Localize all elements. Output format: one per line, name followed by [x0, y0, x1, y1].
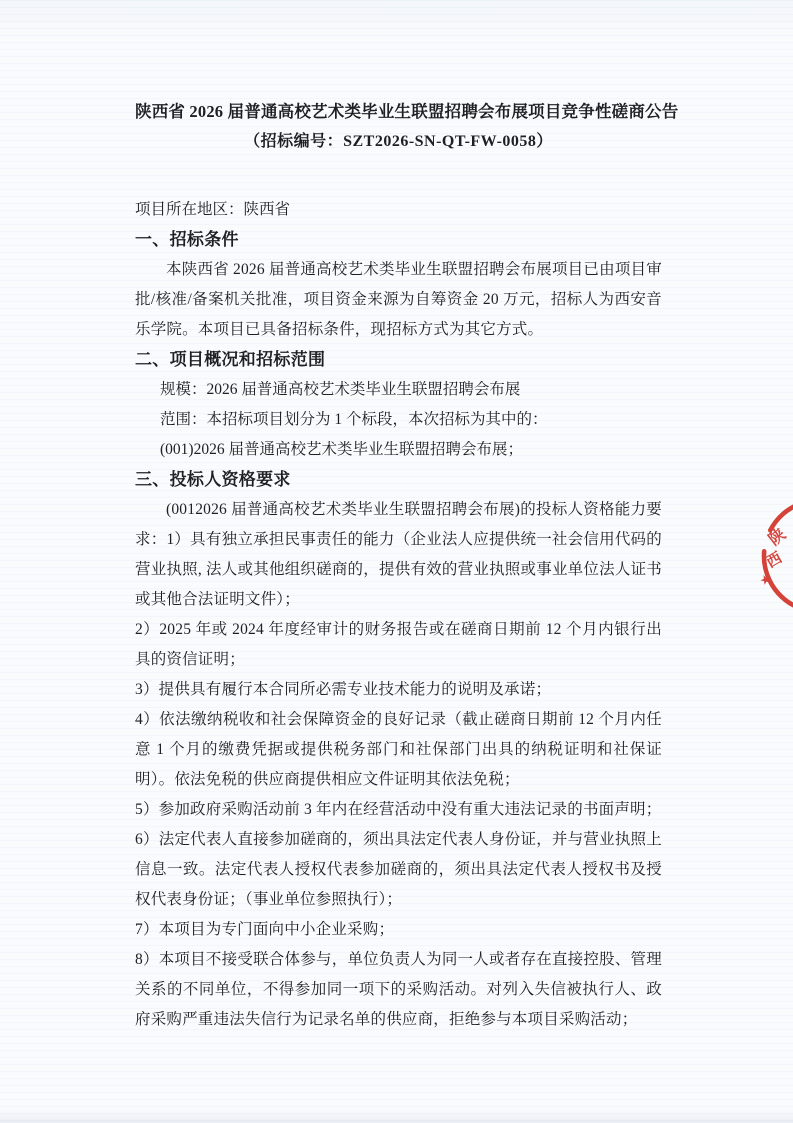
qualification-item-3: 3）提供具有履行本合同所必需专业技术能力的说明及承诺；: [135, 675, 662, 705]
qualification-item-8: 8）本项目不接受联合体参与，单位负责人为同一人或者存在直接控股、管理关系的不同单…: [135, 945, 662, 1035]
document-body: 陕西省 2026 届普通高校艺术类毕业生联盟招聘会布展项目竞争性磋商公告 （招标…: [135, 97, 662, 1035]
qualification-item-5: 5）参加政府采购活动前 3 年内在经营活动中没有重大违法记录的书面声明；: [135, 795, 662, 825]
project-region: 项目所在地区：陕西省: [135, 195, 662, 225]
scanned-document-page: 陕西省 2026 届普通高校艺术类毕业生联盟招聘会布展项目竞争性磋商公告 （招标…: [0, 0, 793, 1123]
section1-paragraph: 本陕西省 2026 届普通高校艺术类毕业生联盟招聘会布展项目已由项目审批/核准/…: [135, 255, 662, 345]
project-scale-line: 规模：2026 届普通高校艺术类毕业生联盟招聘会布展: [135, 375, 662, 405]
seal-glyph-a: 陕: [765, 524, 789, 549]
official-seal-stamp: 陕 西 ★: [750, 486, 793, 626]
project-scope-line: 范围：本招标项目划分为 1 个标段，本次招标为其中的：: [135, 405, 662, 435]
seal-circle: [750, 486, 793, 626]
star-icon: ★: [758, 571, 775, 589]
section2-heading: 二、项目概况和招标范围: [135, 345, 662, 375]
qualification-item-7: 7）本项目为专门面向中小企业采购；: [135, 915, 662, 945]
tender-number: （招标编号：SZT2026-SN-QT-FW-0058）: [135, 127, 662, 157]
seal-graphic: 陕 西 ★: [750, 486, 793, 626]
qualification-item-2: 2）2025 年或 2024 年度经审计的财务报告或在磋商日期前 12 个月内银…: [135, 615, 662, 675]
document-title: 陕西省 2026 届普通高校艺术类毕业生联盟招聘会布展项目竞争性磋商公告: [135, 97, 662, 127]
section1-heading: 一、招标条件: [135, 225, 662, 255]
section3-heading: 三、投标人资格要求: [135, 465, 662, 495]
project-lot-line: (001)2026 届普通高校艺术类毕业生联盟招聘会布展；: [135, 435, 662, 465]
seal-glyph-b: 西: [764, 549, 786, 571]
qualification-item-4: 4）依法缴纳税收和社会保障资金的良好记录（截止磋商日期前 12 个月内任意 1 …: [135, 705, 662, 795]
qualification-intro: (0012026 届普通高校艺术类毕业生联盟招聘会布展)的投标人资格能力要求：1…: [135, 495, 662, 615]
qualification-item-6: 6）法定代表人直接参加磋商的，须出具法定代表人身份证，并与营业执照上信息一致。法…: [135, 825, 662, 915]
